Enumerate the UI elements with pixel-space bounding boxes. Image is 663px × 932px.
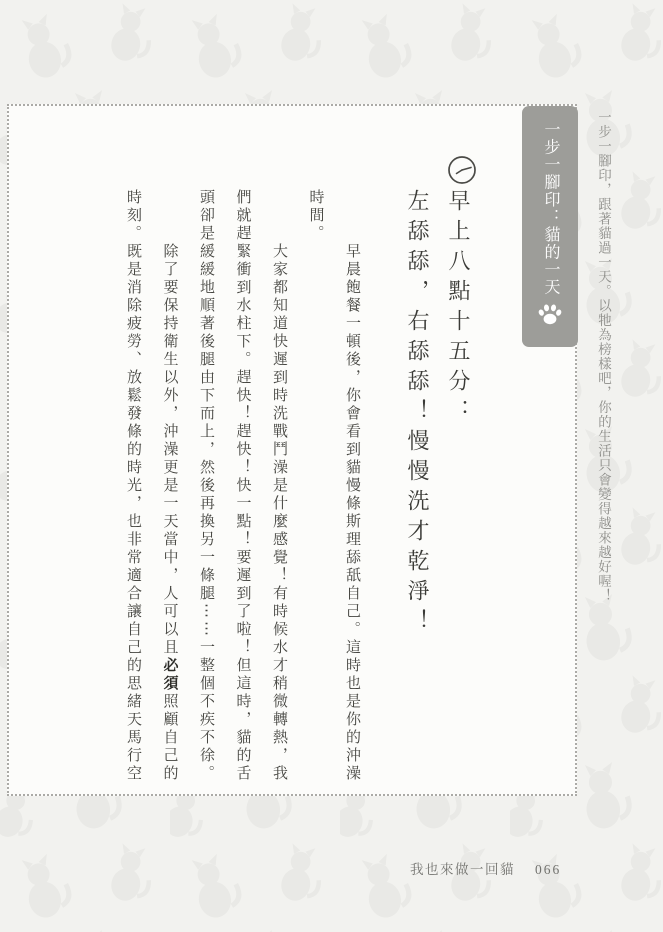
clock-icon bbox=[446, 154, 478, 186]
margin-note: 一步一腳印，跟著貓過一天。以牠為榜樣吧，你的生活只會變得越來越好喔！ bbox=[593, 110, 613, 622]
heading-time-line: 早上八點十五分： bbox=[438, 189, 479, 649]
book-title: 我也來做一回貓 bbox=[410, 858, 515, 878]
chapter-tab-label: 一步一腳印：貓的一天 bbox=[542, 121, 558, 296]
paragraph-1: 早晨飽餐一頓後，你會看到貓慢條斯理舔舐自己。這時也是你的沖澡時間。 bbox=[297, 189, 370, 785]
heading-subtitle-line: 左舔舔，右舔舔！慢慢洗才乾淨！ bbox=[397, 189, 438, 649]
paragraph-3-start: 除了要保持衛生以外，沖澡更是一天當中，人可以且 bbox=[162, 243, 178, 657]
book-page: 一步一腳印：貓的一天 一步一腳印，跟著貓過一天。以牠為榜樣吧，你的生活只會變得越… bbox=[0, 0, 663, 932]
paragraph-2: 大家都知道快遲到時洗戰鬥澡是什麼感覺！有時候水才稍微轉熱，我們就趕緊衝到水柱下。… bbox=[188, 189, 298, 785]
emphasis-text: 必須 bbox=[162, 657, 178, 693]
section-heading: 早上八點十五分： 左舔舔，右舔舔！慢慢洗才乾淨！ bbox=[397, 189, 479, 649]
paragraph-3: 除了要保持衛生以外，沖澡更是一天當中，人可以且必須照顧自己的時刻。既是消除疲勞、… bbox=[115, 189, 188, 785]
page-number: 066 bbox=[535, 862, 561, 878]
body-text: 早晨飽餐一頓後，你會看到貓慢條斯理舔舐自己。這時也是你的沖澡時間。 大家都知道快… bbox=[115, 189, 371, 785]
paw-icon bbox=[538, 303, 562, 326]
chapter-tab: 一步一腳印：貓的一天 bbox=[522, 106, 578, 347]
page-footer: 我也來做一回貓 066 bbox=[410, 858, 561, 878]
